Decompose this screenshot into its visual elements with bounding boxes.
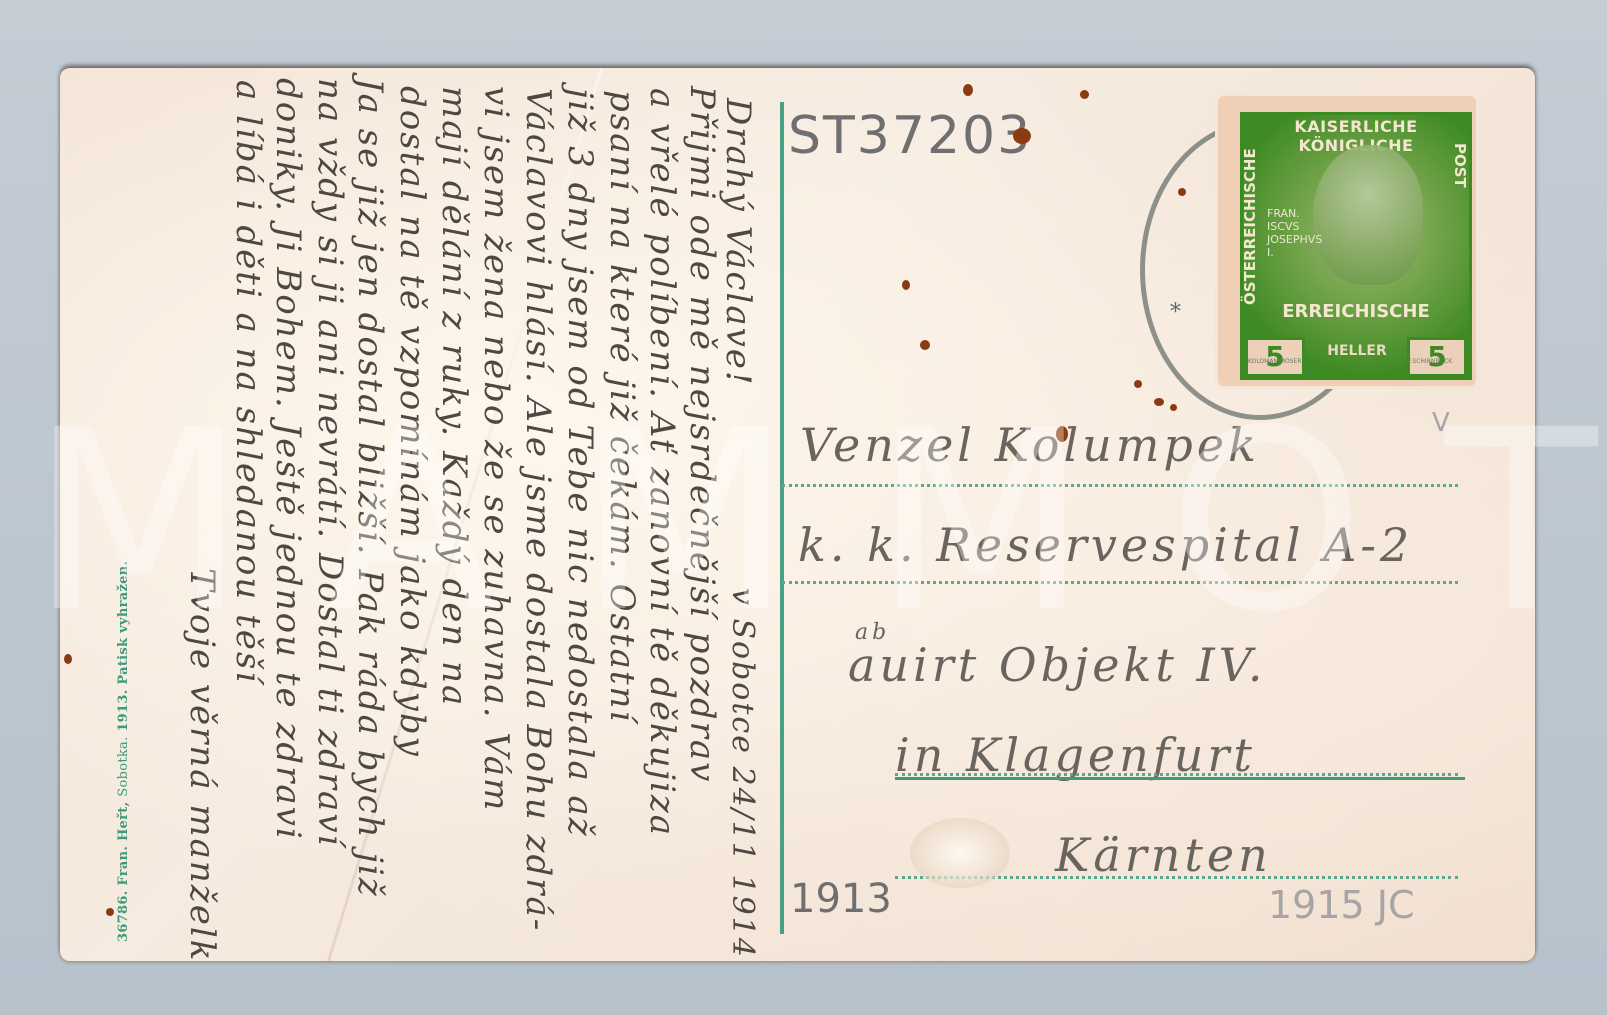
caption-line: JOSEPHVS	[1267, 233, 1322, 246]
imprint-place: Sobotka.	[116, 737, 131, 797]
water-smudge	[910, 818, 1010, 888]
letter-line: a líbá i děti a na shledanou těší	[228, 80, 268, 684]
address-recipient: Venzel Kolumpek	[800, 418, 1260, 472]
pencil-mark-v: V	[1432, 408, 1450, 438]
address-dotted-line	[782, 484, 1458, 487]
stamp-value-left: 5	[1245, 337, 1305, 377]
stamp-value-right: 5	[1407, 337, 1467, 377]
stamp-portrait-caption: FRAN. ISCVS JOSEPHVS I.	[1267, 207, 1322, 259]
stamp-text-bottom: ERREICHISCHE	[1251, 301, 1461, 322]
letter-line: vi jsem žena nebo že se zuhavna. Vám	[476, 86, 516, 812]
letter-line: dostal na tě vzpomínám jako kdyby	[392, 86, 432, 758]
stain	[1170, 404, 1177, 411]
letter-line: Ja se již jen dostal bližší. Pak ráda by…	[350, 78, 390, 898]
imprint-year: 1913.	[116, 689, 131, 731]
stain	[1013, 128, 1031, 144]
printer-imprint: 36786. Fran. Heřt, Sobotka. 1913. Patisk…	[116, 561, 131, 942]
letter-line: na vždy si ji ani nevrátí. Dostal ti zdr…	[310, 78, 350, 847]
stain	[1154, 398, 1164, 406]
address-dotted-line	[895, 773, 1458, 776]
letter-line: doniky. Ji Bohem. Ještě jednou te zdravi	[268, 78, 308, 841]
emperor-portrait-icon	[1313, 145, 1423, 285]
letter-line: již 3 dny jsem od Tebe nic nedostala až	[560, 88, 600, 838]
postcard-back: 36786. Fran. Heřt, Sobotka. 1913. Patisk…	[60, 68, 1535, 961]
imprint-publisher: Fran. Heřt	[116, 806, 131, 885]
pencil-year: 1913	[790, 876, 892, 922]
letter-line: a vřelé políbení. Ať zanovní tě děkujiza	[642, 88, 682, 837]
caption-line: I.	[1267, 246, 1322, 259]
letter-line: mají dělání z ruky. Každý den na	[434, 86, 474, 707]
letter-salutation: Drahý Václave!	[718, 98, 758, 387]
postage-stamp: KAISERLICHE KÖNIGLICHE ÖSTERREICHISCHE P…	[1218, 96, 1476, 386]
inventory-code: ST37203	[788, 106, 1032, 166]
stamp-design: KAISERLICHE KÖNIGLICHE ÖSTERREICHISCHE P…	[1240, 112, 1472, 380]
stamp-printer-left: KOLOMAN MOSER	[1248, 358, 1302, 365]
stamp-text-right: POST	[1451, 143, 1469, 188]
imprint-number: 36786.	[116, 890, 131, 942]
letter-line: Přijmi ode mě nejsrdečnější pozdrav	[682, 86, 722, 783]
address-dotted-line	[782, 581, 1458, 584]
caption-line: FRAN.	[1267, 207, 1322, 220]
caption-line: ISCVS	[1267, 220, 1322, 233]
stain	[920, 340, 930, 350]
address-building: auirt Objekt IV.	[848, 638, 1266, 692]
address-divider	[780, 102, 784, 934]
address-region: Kärnten	[1055, 828, 1272, 882]
stain	[902, 280, 910, 290]
letter-line: psaní na které již čekám. Ostatní	[602, 90, 642, 723]
address-solid-line	[895, 777, 1465, 780]
letter-line: Václavovi hlásí. Ale jsme dostala Bohu z…	[518, 88, 558, 932]
stain	[106, 908, 114, 916]
stain	[1134, 380, 1142, 388]
stain	[963, 84, 973, 96]
letter-signature: Tvoje věrná manželka	[182, 568, 222, 961]
letter-place-date: v Sobotce 24/11 1914.	[725, 588, 760, 961]
stain	[1080, 90, 1089, 99]
stain	[64, 654, 72, 664]
stamp-text-left: ÖSTERREICHISCHE	[1241, 148, 1259, 305]
pencil-note: 1915 JC	[1268, 883, 1415, 927]
stamp-printer-right: F.SCHIRNBÖCK	[1408, 358, 1452, 365]
imprint-rights: Patisk vyhražen.	[116, 561, 131, 685]
postmark-star-icon: *	[1170, 300, 1181, 325]
stamp-currency: HELLER	[1315, 343, 1399, 359]
address-institution: k. k. Reservespital A-2	[798, 518, 1413, 572]
